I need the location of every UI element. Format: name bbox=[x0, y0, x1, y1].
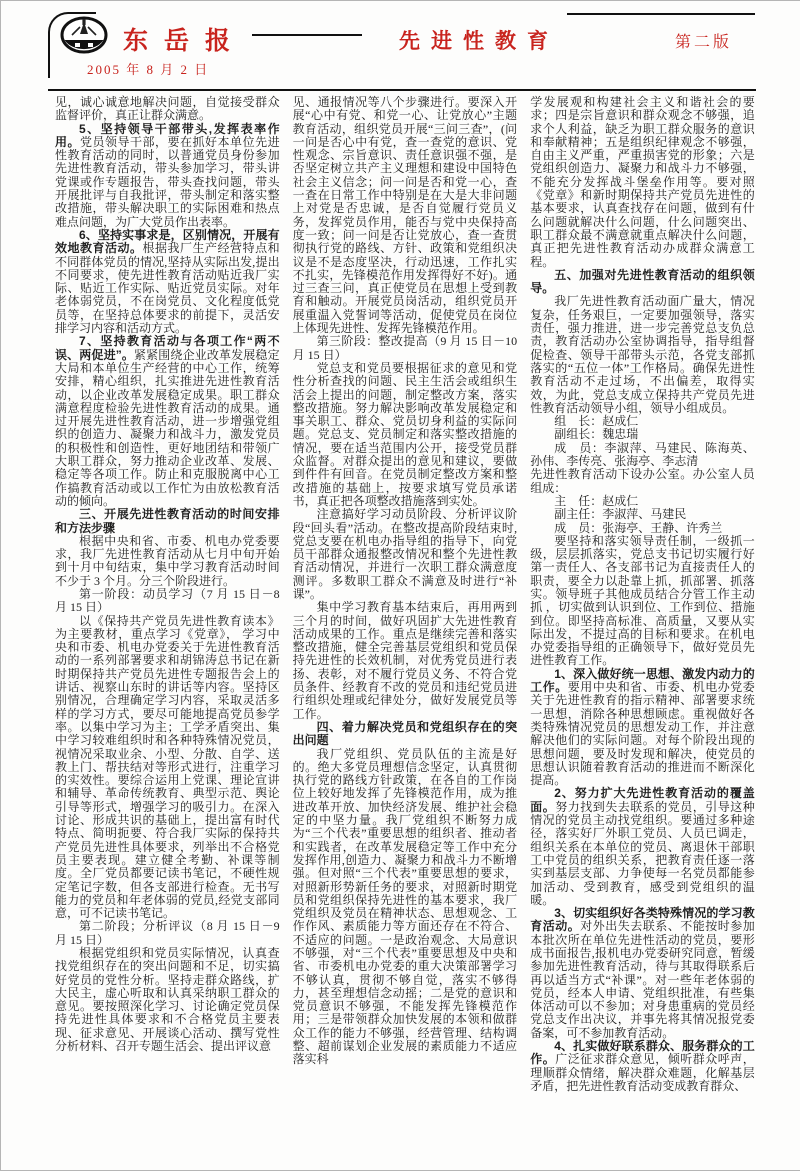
paragraph: 见、通报情况等八个步骤进行。要深入开展“心中有党、和党一心、让党放心”主题教育活… bbox=[293, 96, 518, 335]
paragraph: 根据党组织和党员实际情况，认真查找党组织存在的突出问题和不足，切实搞好党员的党性… bbox=[55, 947, 280, 1053]
paragraph: 成 员：李淑萍、马建民、陈海英、孙伟、李传亮、张海亭、李志清 bbox=[530, 442, 755, 469]
paragraph: 7、坚持教育活动与各项工作“两不误、两促进”。紧紧围绕企业改革发展稳定大局和本单… bbox=[55, 335, 280, 508]
paragraph: 1、深入做好统一思想、激发内动力的工作。要用中央和省、市委、机电办党委关于先进性… bbox=[530, 668, 755, 788]
article-column-1: 见，诚心诚意地解决问题，自觉接受群众监督评价，真正让群众满意。5、坚持领导干部带… bbox=[55, 96, 280, 1093]
edition-label: 第二版 bbox=[675, 29, 732, 52]
paragraph: 2、努力扩大先进性教育活动的覆盖面。努力找到失去联系的党员，引导这种情况的党员主… bbox=[530, 787, 755, 907]
paragraph: 副主任：李淑萍、马建民 bbox=[530, 508, 755, 521]
paragraph: 党总支和党员要根据征求的意见和党性分析查找的问题、民主生活会或组织生活会上提出的… bbox=[293, 362, 518, 508]
paragraph: 集中学习教育基本结束后，再用两到三个月的时间，做好巩固扩大先进性教育活动成果的工… bbox=[293, 601, 518, 721]
paper-name: 东岳报 bbox=[123, 21, 246, 57]
article-column-2: 见、通报情况等八个步骤进行。要深入开展“心中有党、和党一心、让党放心”主题教育活… bbox=[293, 96, 518, 1093]
masthead-bottom-rule bbox=[48, 89, 756, 91]
newspaper-page: 东岳报 2005 年 8 月 2 日 先进性教育 第二版 见，诚心诚意地解决问题… bbox=[0, 0, 800, 1171]
masthead-rule-after-name bbox=[252, 34, 362, 36]
paragraph: 我厂先进性教育活动面广量大，情况复杂，任务艰巨，一定要加强领导，落实责任，强力推… bbox=[530, 295, 755, 415]
section-heading: 三、开展先进性教育活动的时间安排和方法步骤 bbox=[55, 508, 280, 535]
paragraph: 要坚持和落实领导责任制，一级抓一级，层层抓落实，党总支书记切实履行好第一责任人、… bbox=[530, 535, 755, 668]
paragraph: 见，诚心诚意地解决问题，自觉接受群众监督评价，真正让群众满意。 bbox=[55, 96, 280, 123]
paragraph: 第二阶段；分析评议（8 月 15 日－9 月 15 日） bbox=[55, 920, 280, 947]
paragraph: 我厂党组织、党员队伍的主流是好的。绝大多党员理想信念坚定，认真贯彻执行党的路线方… bbox=[293, 748, 518, 1067]
paragraph: 以《保持共产党员先进性教育读本》为主要教材，重点学习《党章》， 学习中央和市委、… bbox=[55, 615, 280, 921]
paragraph: 第一阶段：动员学习（7 月 15 日－8 月 15 日） bbox=[55, 588, 280, 615]
paragraph: 5、坚持领导干部带头,发挥表率作用。党员领导干部，要在抓好本单位先进性教育活动的… bbox=[55, 123, 280, 229]
masthead: 东岳报 2005 年 8 月 2 日 先进性教育 第二版 bbox=[1, 1, 800, 93]
paragraph: 注意搞好学习动员阶段、分析评议阶段“回头看”活动。在整改提高阶段结束时,党总支要… bbox=[293, 508, 518, 601]
paragraph: 学发展观和构建社会主义和谐社会的要求；四是宗旨意识和群众观念不够强，追求个人利益… bbox=[530, 96, 755, 269]
section-title: 先进性教育 bbox=[399, 25, 559, 55]
publication-date: 2005 年 8 月 2 日 bbox=[87, 59, 209, 78]
section-heading: 五、加强对先进性教育活动的组织领导。 bbox=[530, 269, 755, 296]
paragraph: 4、扎实做好联系群众、服务群众的工作。广泛征求群众意见，倾听群众呼声，理顺群众情… bbox=[530, 1040, 755, 1093]
section-heading: 四、着力解决党员和党组织存在的突出问题 bbox=[293, 721, 518, 748]
article-columns: 见，诚心诚意地解决问题，自觉接受群众监督评价，真正让群众满意。5、坚持领导干部带… bbox=[55, 96, 755, 1093]
paragraph: 副组长：魏忠瑞 bbox=[530, 428, 755, 441]
paragraph: 根据中央和省、市委、机电办党委要求，我厂先进性教育活动从七月中旬开始到十月中旬结… bbox=[55, 535, 280, 588]
paragraph: 成 员：张海亭、王静、许秀兰 bbox=[530, 522, 755, 535]
paragraph: 3、切实组织好各类特殊情况的学习教育活动。对外出失去联系、不能按时参加本批次所在… bbox=[530, 907, 755, 1040]
paragraph: 第三阶段：整改提高（9 月 15 日－10 月 15 日） bbox=[293, 335, 518, 362]
paragraph: 6、坚持实事求是，区别情况，开展有效地教育活动。根据我厂生产经营特点和不同群体党… bbox=[55, 229, 280, 335]
masthead-rule-top-right bbox=[567, 13, 755, 15]
paragraph: 先进性教育活动下设办公室。办公室人员组成： bbox=[530, 468, 755, 495]
article-column-3: 学发展观和构建社会主义和谐社会的要求；四是宗旨意识和群众观念不够强，追求个人利益… bbox=[530, 96, 755, 1093]
newspaper-logo-icon bbox=[59, 14, 109, 61]
